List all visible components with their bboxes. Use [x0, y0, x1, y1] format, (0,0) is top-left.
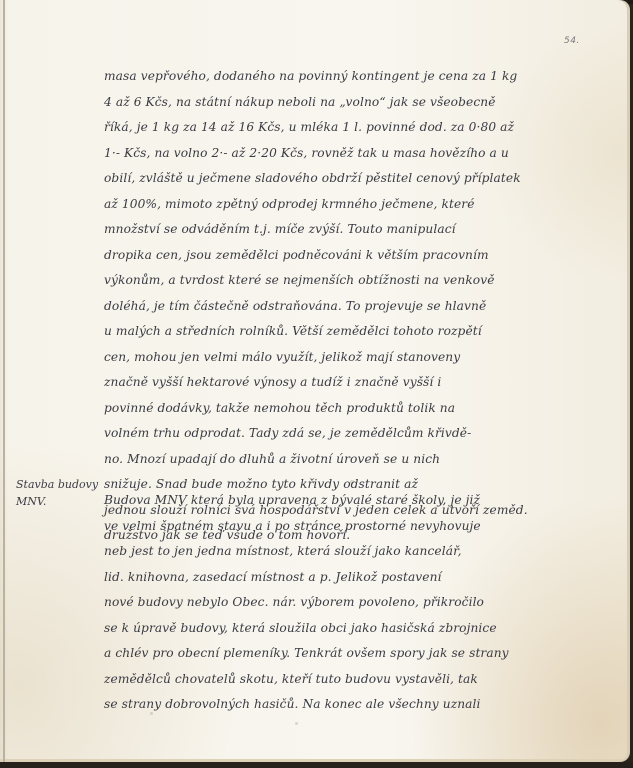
- text-line: zemědělců chovatelů skotu, kteří tuto bu…: [104, 667, 584, 693]
- text-line: značně vyšší hektarové výnosy a tudíž i …: [104, 370, 584, 396]
- text-line: no. Mnozí upadají do dluhů a životní úro…: [104, 447, 584, 473]
- text-line: masa vepřového, dodaného na povinný kont…: [104, 64, 584, 90]
- text-line: volném trhu odprodat. Tady zdá se, je ze…: [104, 421, 584, 447]
- text-line: až 100%, mimoto zpětný odprodej krmného …: [104, 192, 584, 218]
- text-line: povinné dodávky, takže nemohou těch prod…: [104, 396, 584, 422]
- text-line: neb jest to jen jedna místnost, která sl…: [104, 539, 584, 565]
- paragraph-building: Budova MNV která byla upravena z bývalé …: [104, 488, 584, 718]
- text-line: doléhá, je tím částečně odstraňována. To…: [104, 294, 584, 320]
- text-line: a chlév pro obecní plemeníky. Tenkrát ov…: [104, 641, 584, 667]
- text-line: u malých a středních rolníků. Větší země…: [104, 319, 584, 345]
- margin-note-building-mnv: Stavba budovy MNV.: [16, 476, 98, 510]
- text-line: 1·- Kčs, na volno 2·- až 2·20 Kčs, rovně…: [104, 141, 584, 167]
- text-line: cen, mohou jen velmi málo využít, jeliko…: [104, 345, 584, 371]
- margin-note-line: MNV.: [16, 493, 98, 510]
- text-line: se strany dobrovolných hasičů. Na konec …: [104, 692, 584, 718]
- text-line: výkonům, a tvrdost které se nejmenších o…: [104, 268, 584, 294]
- page-spine-line: [3, 0, 5, 762]
- text-line: ve velmi špatném stavu a i po stránce pr…: [104, 514, 584, 540]
- text-line: 4 až 6 Kčs, na státní nákup neboli na „v…: [104, 90, 584, 116]
- text-line: množství se odváděním t.j. míče zvýší. T…: [104, 217, 584, 243]
- notebook-page: 54. masa vepřového, dodaného na povinný …: [0, 0, 630, 762]
- text-line: říká, je 1 kg za 14 až 16 Kčs, u mléka 1…: [104, 115, 584, 141]
- text-line: lid. knihovna, zasedací místnost a p. Je…: [104, 565, 584, 591]
- paper-spot: [295, 722, 298, 725]
- text-line: nové budovy nebylo Obec. nár. výborem po…: [104, 590, 584, 616]
- page-number: 54.: [564, 36, 580, 46]
- text-line: dropika cen, jsou zemědělci podněcováni …: [104, 243, 584, 269]
- paragraph-prices: masa vepřového, dodaného na povinný kont…: [104, 64, 584, 549]
- text-line: se k úpravě budovy, která sloužila obci …: [104, 616, 584, 642]
- margin-note-line: Stavba budovy: [16, 476, 98, 493]
- text-line: Budova MNV která byla upravena z bývalé …: [104, 488, 584, 514]
- scan-bottom-edge: [0, 762, 633, 768]
- text-line: obilí, zvláště u ječmene sladového obdrž…: [104, 166, 584, 192]
